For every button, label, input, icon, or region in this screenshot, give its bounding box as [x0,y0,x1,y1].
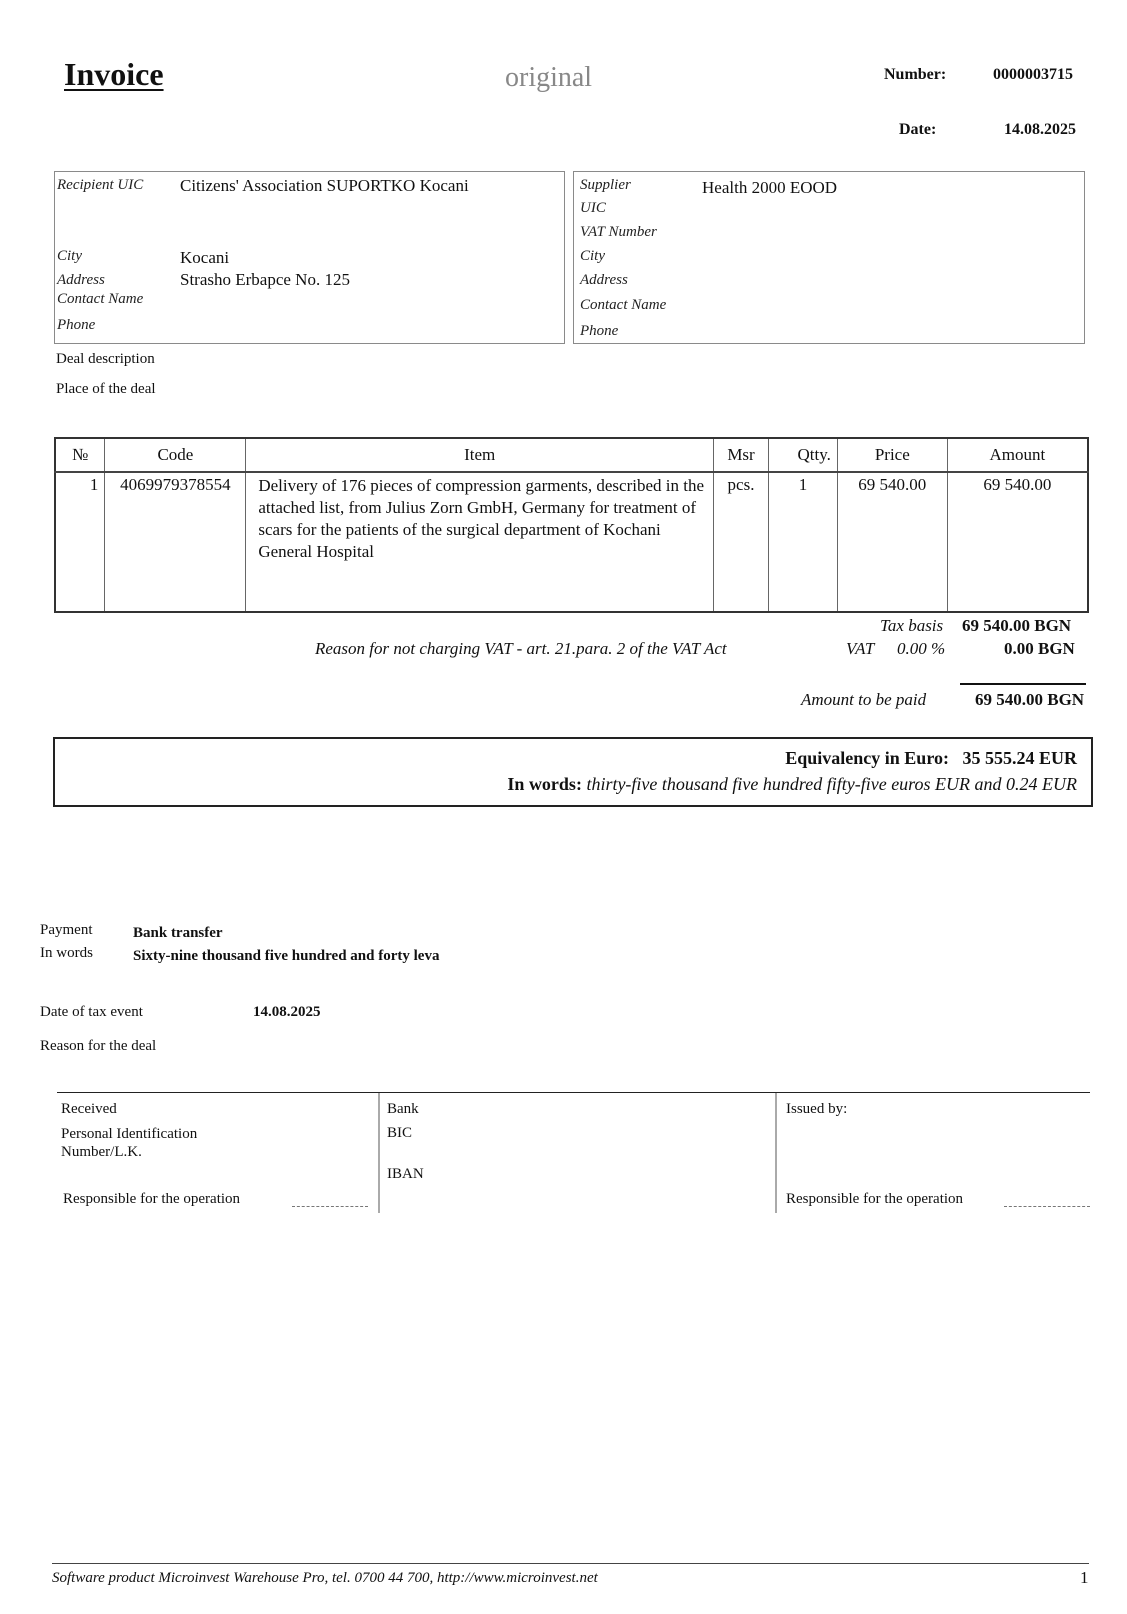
invoice-title: Invoice [64,56,164,93]
amount-due-label: Amount to be paid [801,690,926,710]
invoice-number: 0000003715 [993,66,1073,84]
signature-dots-left[interactable] [292,1206,368,1207]
cell-amount: 69 540.00 [947,472,1088,612]
tax-event-date: 14.08.2025 [253,1004,321,1021]
cell-code: 4069979378554 [105,472,246,612]
supplier-phone-label: Phone [580,323,618,340]
signature-top-rule [57,1092,1090,1093]
issued-by-label: Issued by: [786,1101,847,1118]
total-rule [960,683,1086,685]
col-header-msr: Msr [714,438,769,472]
col-header-no: № [55,438,105,472]
supplier-vat-label: VAT Number [580,224,657,241]
supplier-name: Health 2000 EOOD [702,178,837,198]
cell-price: 69 540.00 [837,472,947,612]
place-of-deal-label: Place of the deal [56,381,156,398]
euro-equiv-value: 35 555.24 EUR [962,748,1077,768]
vat-rate: 0.00 % [897,639,945,659]
signature-separator-2 [775,1093,777,1213]
euro-in-words: In words: thirty-five thousand five hund… [507,774,1077,795]
vat-label: VAT [846,639,874,659]
cell-no: 1 [55,472,105,612]
recipient-address-label: Address [57,272,105,289]
cell-qty: 1 [768,472,837,612]
date-label: Date: [899,121,936,139]
vat-value: 0.00 BGN [1004,639,1075,659]
recipient-uic-label: Recipient UIC [57,177,143,194]
euro-equivalency-box: Equivalency in Euro: 35 555.24 EUR In wo… [53,737,1093,807]
col-header-item: Item [246,438,714,472]
page-number: 1 [1080,1568,1089,1588]
cell-item: Delivery of 176 pieces of compression ga… [246,472,714,612]
payment-method: Bank transfer [133,925,223,942]
payment-words: Sixty-nine thousand five hundred and for… [133,948,439,965]
software-note: Software product Microinvest Warehouse P… [52,1570,598,1587]
signature-separator-1 [378,1093,380,1213]
col-header-qty: Qtty. [768,438,837,472]
recipient-city: Kocani [180,248,229,268]
vat-reason: Reason for not charging VAT - art. 21.pa… [315,639,727,659]
reason-for-deal-label: Reason for the deal [40,1038,156,1055]
recipient-address: Strasho Erbapce No. 125 [180,270,350,290]
col-header-price: Price [837,438,947,472]
recipient-city-label: City [57,248,82,265]
recipient-box: Recipient UIC Citizens' Association SUPO… [54,171,565,344]
iban-label: IBAN [387,1166,424,1183]
euro-equivalency: Equivalency in Euro: 35 555.24 EUR [785,748,1077,769]
copy-label: original [505,62,592,94]
recipient-contact-label: Contact Name [57,291,143,308]
euro-words-value: thirty-five thousand five hundred fifty-… [586,774,1077,794]
payment-words-label: In words [40,945,93,962]
table-row: 1 4069979378554 Delivery of 176 pieces o… [55,472,1088,612]
footer-rule [52,1563,1089,1564]
invoice-date: 14.08.2025 [1004,121,1076,139]
tax-basis-value: 69 540.00 BGN [962,616,1071,636]
supplier-box: Supplier Health 2000 EOOD UIC VAT Number… [573,171,1085,344]
items-table: № Code Item Msr Qtty. Price Amount 1 406… [54,437,1089,613]
number-label: Number: [884,66,946,84]
euro-words-label: In words: [507,774,582,794]
responsible-label-right: Responsible for the operation [786,1191,963,1208]
signature-dots-right[interactable] [1004,1206,1090,1207]
received-label: Received [61,1101,117,1118]
bank-label: Bank [387,1101,419,1118]
pin-label: Personal Identification Number/L.K. [61,1125,261,1161]
recipient-phone-label: Phone [57,317,95,334]
col-header-amount: Amount [947,438,1088,472]
supplier-uic-label: UIC [580,200,606,217]
supplier-city-label: City [580,248,605,265]
payment-label: Payment [40,922,93,939]
deal-description-label: Deal description [56,351,155,368]
recipient-name: Citizens' Association SUPORTKO Kocani [180,176,469,196]
cell-msr: pcs. [714,472,769,612]
supplier-label: Supplier [580,177,631,194]
supplier-contact-label: Contact Name [580,297,666,314]
tax-basis-label: Tax basis [880,616,943,636]
euro-equiv-label: Equivalency in Euro: [785,748,949,768]
amount-due-value: 69 540.00 BGN [975,690,1084,710]
bic-label: BIC [387,1125,412,1142]
responsible-label-left: Responsible for the operation [63,1191,240,1208]
tax-event-label: Date of tax event [40,1004,143,1021]
supplier-address-label: Address [580,272,628,289]
col-header-code: Code [105,438,246,472]
table-header-row: № Code Item Msr Qtty. Price Amount [55,438,1088,472]
